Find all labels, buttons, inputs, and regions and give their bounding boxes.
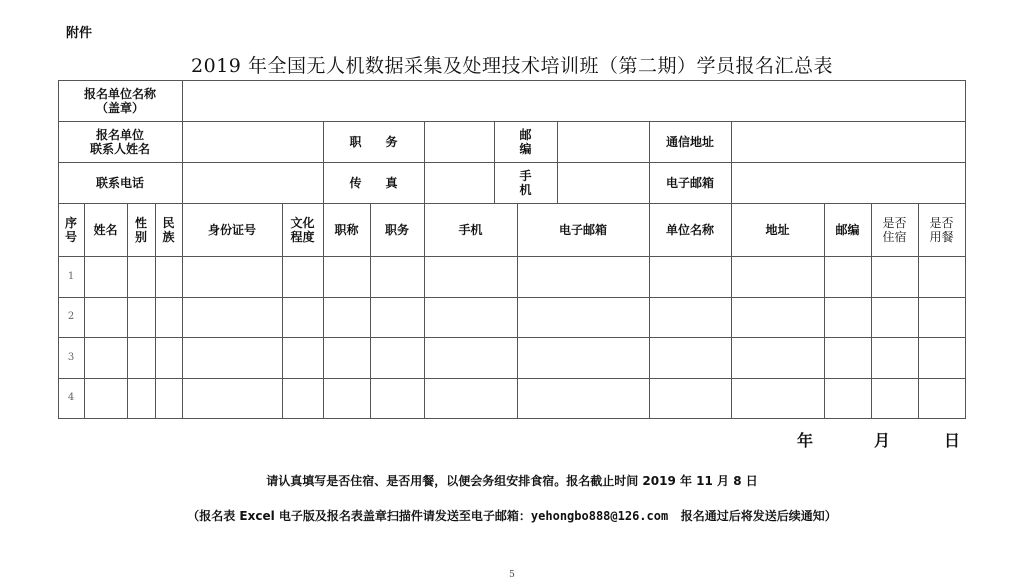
- col-header-email: 电子邮箱: [517, 203, 649, 256]
- date-year-label: 年: [797, 428, 813, 451]
- col-header-no: 序 号: [58, 203, 84, 256]
- address-field[interactable]: [732, 122, 965, 162]
- date-day-label: 日: [944, 428, 960, 451]
- submission-note-prefix: （报名表 Excel 电子版及报名表盖章扫描件请发送至电子邮箱：: [187, 509, 531, 523]
- row-number: 1: [58, 256, 84, 297]
- unit-name-field[interactable]: [183, 81, 965, 121]
- divider: [965, 80, 966, 419]
- table-row[interactable]: [85, 379, 965, 418]
- page-title: 2019 年全国无人机数据采集及处理技术培训班（第二期）学员报名汇总表: [0, 51, 1024, 78]
- col-header-mobile: 手机: [424, 203, 517, 256]
- col-header-postcode: 邮编: [824, 203, 871, 256]
- col-header-position: 职务: [370, 203, 424, 256]
- col-header-id-number: 身份证号: [182, 203, 282, 256]
- col-header-title: 职称: [323, 203, 370, 256]
- col-header-ethnicity: 民 族: [155, 203, 182, 256]
- position-label: 职 务: [323, 121, 424, 162]
- submission-note: （报名表 Excel 电子版及报名表盖章扫描件请发送至电子邮箱：yehongbo…: [0, 507, 1024, 524]
- postcode-field[interactable]: [558, 122, 649, 162]
- table-row[interactable]: [85, 257, 965, 297]
- position-field[interactable]: [425, 122, 494, 162]
- contact-email-link[interactable]: yehongbo888@126.com: [531, 509, 668, 523]
- unit-name-label: 报名单位名称 （盖章）: [58, 80, 182, 121]
- contact-name-label: 报名单位 联系人姓名: [58, 121, 182, 162]
- col-header-education: 文化 程度: [282, 203, 323, 256]
- col-header-gender: 性 别: [127, 203, 155, 256]
- address-label: 通信地址: [649, 121, 731, 162]
- notice-text: 请认真填写是否住宿、是否用餐，以便会务组安排食宿。报名截止时间 2019 年 1…: [0, 472, 1024, 489]
- fax-field[interactable]: [425, 163, 494, 203]
- mobile-field[interactable]: [558, 163, 649, 203]
- col-header-unit-name: 单位名称: [649, 203, 731, 256]
- page-number: 5: [0, 570, 1024, 580]
- email-field[interactable]: [732, 163, 965, 203]
- col-header-name: 姓名: [84, 203, 127, 256]
- submission-note-suffix: 报名通过后将发送后续通知）: [668, 509, 837, 523]
- email-label: 电子邮箱: [649, 162, 731, 203]
- fax-label: 传 真: [323, 162, 424, 203]
- contact-name-field[interactable]: [183, 122, 323, 162]
- row-number: 4: [58, 378, 84, 418]
- row-number: 2: [58, 297, 84, 337]
- date-month-label: 月: [874, 428, 890, 451]
- mobile-label: 手 机: [494, 162, 557, 203]
- row-number: 3: [58, 337, 84, 378]
- col-header-meal: 是否 用餐: [918, 203, 965, 256]
- table-row[interactable]: [85, 298, 965, 337]
- attachment-label: 附件: [66, 22, 92, 41]
- phone-field[interactable]: [183, 163, 323, 203]
- postcode-label: 邮 编: [494, 121, 557, 162]
- col-header-accommodation: 是否 住宿: [871, 203, 918, 256]
- phone-label: 联系电话: [58, 162, 182, 203]
- col-header-address: 地址: [731, 203, 824, 256]
- divider: [58, 418, 966, 419]
- table-row[interactable]: [85, 338, 965, 378]
